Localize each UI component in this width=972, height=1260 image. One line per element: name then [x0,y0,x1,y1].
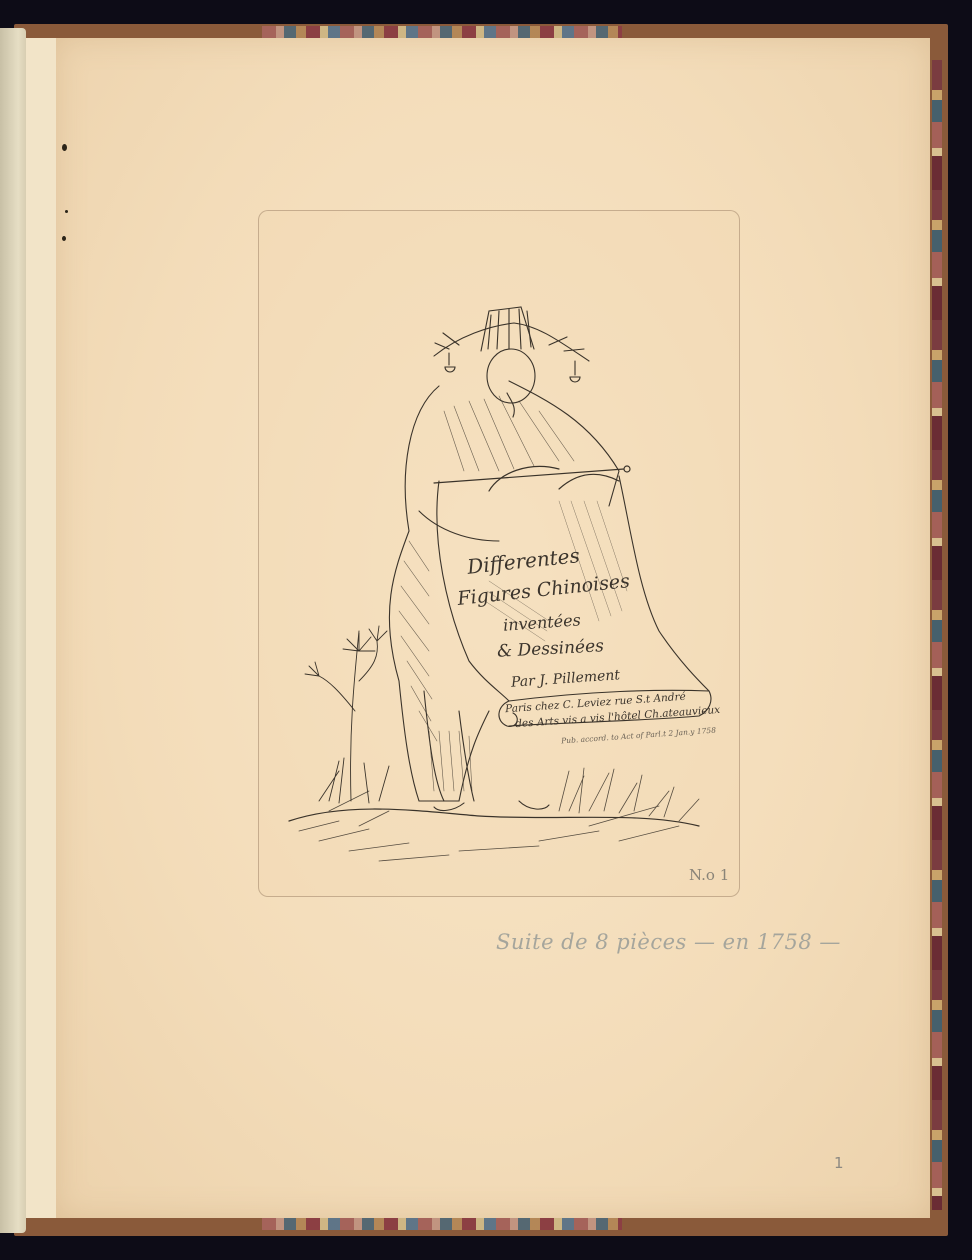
foxing-spot [65,210,68,213]
facing-page-edge [0,28,26,1233]
marbled-paper-right [932,60,942,1210]
marbled-paper-bottom [262,1216,622,1230]
album-page: Differentes Figures Chinoises inventées … [56,38,930,1218]
engraving-plate: Differentes Figures Chinoises inventées … [258,210,740,897]
foxing-spot [62,144,67,151]
folio-number: 1 [834,1154,844,1172]
pencil-annotation: Suite de 8 pièces — en 1758 — [496,930,841,954]
foxing-spot [62,236,66,241]
binding-gutter-strip [26,38,57,1218]
plate-number: N.o 1 [689,866,729,884]
